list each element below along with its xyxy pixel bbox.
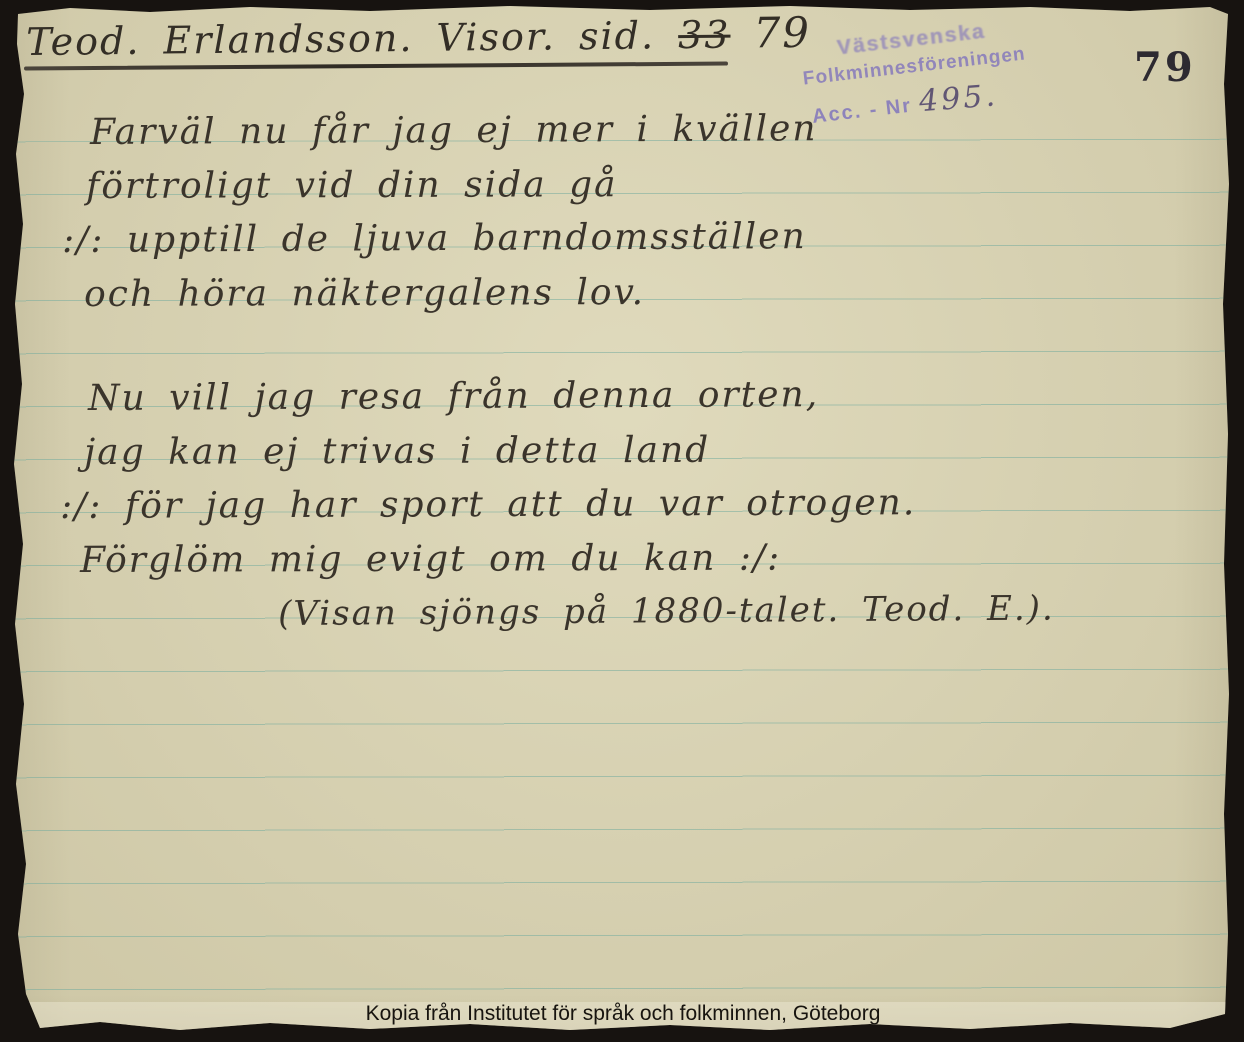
poem-verse1-line1: Farväl nu får jag ej mer i kvällen bbox=[90, 108, 818, 153]
poem-verse2-line1: Nu vill jag resa från denna orten, bbox=[88, 374, 819, 419]
poem-verse2-line4: Förglöm mig evigt om du kan :/: bbox=[80, 538, 781, 581]
poem-verse1-line2: förtroligt vid din sida gå bbox=[86, 164, 618, 207]
header-title-text: Teod. Erlandsson. Visor. sid. bbox=[26, 13, 655, 64]
manuscript-page: Teod. Erlandsson. Visor. sid. 33 79 Väst… bbox=[10, 4, 1236, 1036]
archive-stamp: Västsvenska Folkminnesföreningen Acc. - … bbox=[776, 13, 1055, 134]
poem-verse1-line3: :/: upptill de ljuva barndomsställen bbox=[62, 216, 807, 261]
poem-verse1-line4: och höra näktergalens lov. bbox=[84, 272, 645, 315]
header-crossed-out-number: 33 bbox=[678, 13, 731, 58]
footer-caption: Kopia från Institutet för språk och folk… bbox=[10, 1002, 1236, 1034]
page-number: 79 bbox=[1134, 44, 1196, 91]
poem-verse2-line2: jag kan ej trivas i detta land bbox=[84, 430, 710, 473]
header-title: Teod. Erlandsson. Visor. sid. 33 79 bbox=[26, 8, 811, 65]
stamp-accession-label: Acc. - Nr bbox=[811, 95, 913, 128]
poem-verse2-line3: :/: för jag har sport att du var otrogen… bbox=[60, 482, 916, 527]
stamp-accession-number: 495. bbox=[918, 78, 999, 119]
poem-attribution: (Visan sjöngs på 1880-talet. Teod. E.). bbox=[278, 589, 1055, 634]
